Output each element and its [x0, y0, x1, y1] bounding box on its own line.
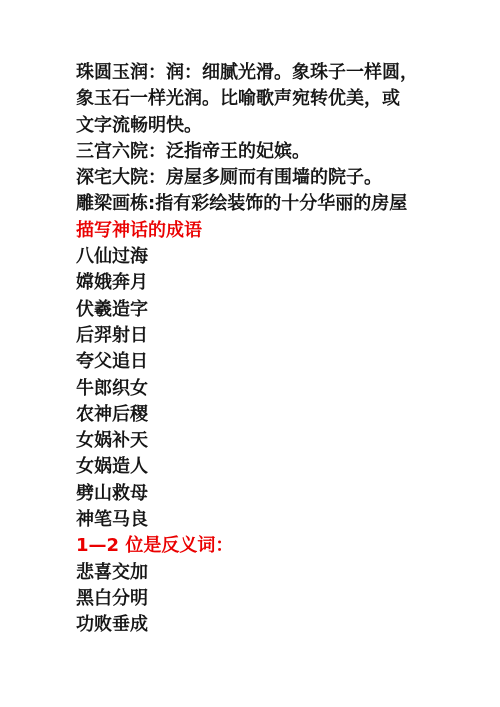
idiom-line: 农神后稷: [76, 402, 434, 428]
section-heading-myth-idioms: 描写神话的成语: [76, 218, 434, 244]
idiom-line: 女娲造人: [76, 454, 434, 480]
definition-line: 文字流畅明快。: [76, 113, 434, 139]
idiom-line: 伏羲造字: [76, 297, 434, 323]
idiom-line: 女娲补天: [76, 428, 434, 454]
idiom-line: 后羿射日: [76, 323, 434, 349]
idiom-line: 八仙过海: [76, 244, 434, 270]
definition-line: 雕梁画栋:指有彩绘装饰的十分华丽的房屋: [76, 191, 434, 217]
definition-line: 珠圆玉润：润：细腻光滑。象珠子一样圆，: [76, 60, 434, 86]
document-page: 珠圆玉润：润：细腻光滑。象珠子一样圆， 象玉石一样光润。比喻歌声宛转优美，或 文…: [0, 0, 500, 707]
idiom-line: 牛郎织女: [76, 376, 434, 402]
section-heading-antonyms: 1—2 位是反义词：: [76, 533, 434, 559]
definition-line: 深宅大院：房屋多厕而有围墙的院子。: [76, 165, 434, 191]
idiom-line: 悲喜交加: [76, 560, 434, 586]
definition-line: 象玉石一样光润。比喻歌声宛转优美，或: [76, 86, 434, 112]
idiom-line: 嫦娥奔月: [76, 270, 434, 296]
definition-line: 三宫六院：泛指帝王的妃嫔。: [76, 139, 434, 165]
idiom-line: 夸父追日: [76, 349, 434, 375]
idiom-line: 黑白分明: [76, 586, 434, 612]
idiom-line: 劈山救母: [76, 481, 434, 507]
idiom-line: 神笔马良: [76, 507, 434, 533]
idiom-line: 功败垂成: [76, 612, 434, 638]
